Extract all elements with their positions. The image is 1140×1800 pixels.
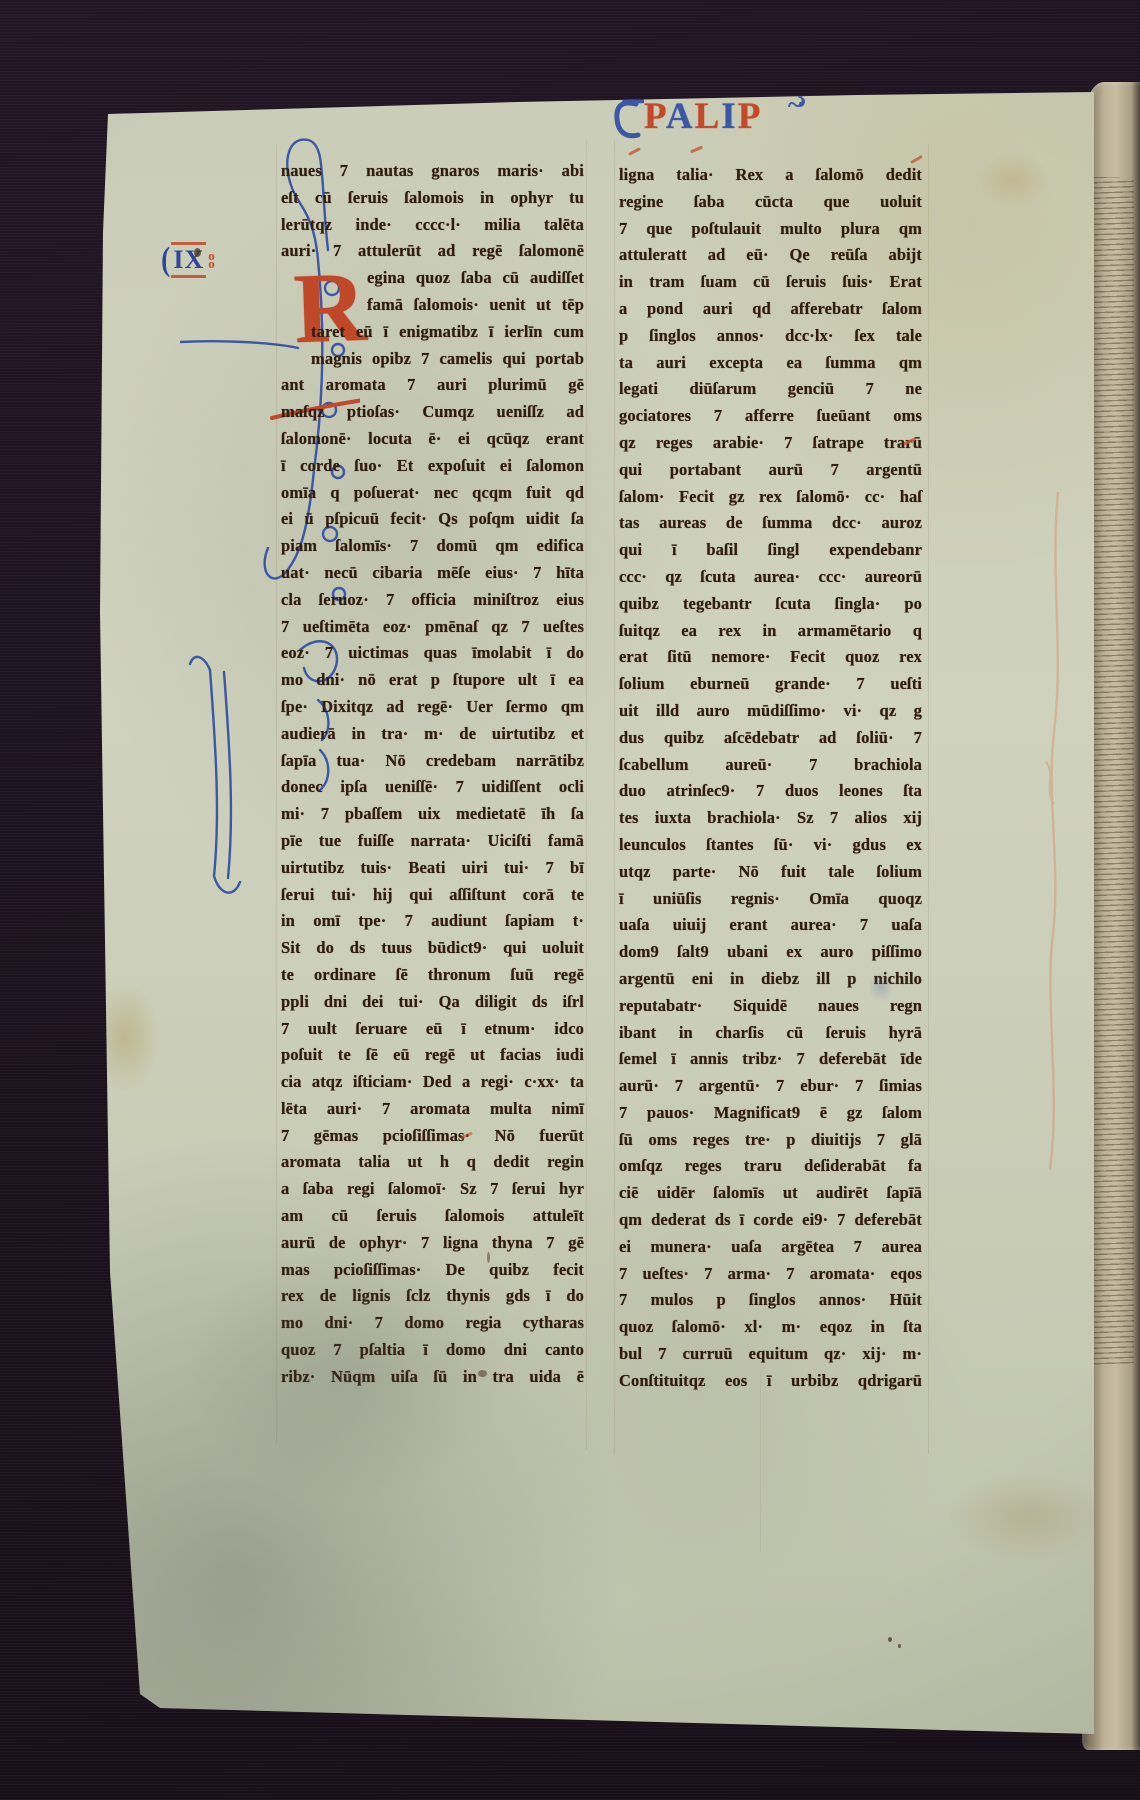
text-line: gociatores 7 afferre ſueūant oms [619,403,922,430]
text-line: leunculos ſtantes ſū· vi· gdus ex [619,832,922,859]
column1-initial-wrap-a: egina quoz ſaba cū audiſſetfamā ſalomois… [281,265,584,319]
speck [888,1637,892,1642]
text-line: ſerui tui· hij qui aſſiſtunt corā te [281,882,584,909]
text-line: lerūtqz inde· cccc·l· milia talēta [281,212,584,239]
text-line: 7 gēmas pcioſiſſimas· Nō fuerūt [281,1123,584,1150]
photograph-backdrop: { "manuscript": { "running_title": { "le… [0,0,1140,1800]
text-line: 7 pauos· Magnificat9 ē gz ſalom [619,1100,922,1127]
text-line: aurū· 7 argentū· 7 ebur· 7 ſimias [619,1073,922,1100]
text-line: pīe tue fuiſſe narrata· Uiciſti famā [281,828,584,855]
text-line: ibant in charſis cū ſeruis hyrā [619,1020,922,1047]
text-line: ſpe· Dixitqz ad regē· Uer ſermo qm [281,694,584,721]
text-line: ſuitqz ea rex in armamētario q [619,618,922,645]
text-line: ta auri excepta ea ſumma qm [619,350,922,377]
text-line: eoz· 7 uictimas quas īmolabit ī do [281,640,584,667]
stain [90,982,160,1092]
text-line: omīa q poſuerat· nec qcqm fuit qd [281,480,584,507]
text-line: ant aromata 7 auri plurimū gē [281,372,584,399]
text-line: tes iuxta brachiola· Sz 7 alios xij [619,805,922,832]
text-line: ſalom· Fecit gz rex ſalomō· cc· haſ [619,484,922,511]
text-line: dus quibz aſcēdebatr ad ſoliū· 7 [619,725,922,752]
text-line: dom9 ſalt9 ubani ex auro piſſimo [619,939,922,966]
text-line: ribz· Nūqm uiſa ſū in tra uida ē [281,1364,584,1391]
text-line: utqz parte· Nō fuit tale ſolium [619,859,922,886]
ruling-line [614,140,615,1455]
text-line: te ordinare ſē thronum ſuū regē [281,962,584,989]
text-line: uit illd auro mūdiſſimo· vi· qz g [619,698,922,725]
ruling-line [586,140,587,1450]
text-line: ſcabellum aureū· 7 brachiola [619,752,922,779]
speck [478,1370,487,1377]
text-column-right: ligna talia· Rex a ſalomō deditregine ſa… [619,162,922,1395]
text-line: ſemel ī annis tribz· 7 deferebāt īde [619,1046,922,1073]
stain [978,152,1048,208]
text-line: legati diūſarum genciū 7 ne [619,376,922,403]
text-line: in tram ſuam cū ſeruis ſuis· Erat [619,269,922,296]
speck [487,1252,490,1263]
text-line: in omī tpe· 7 audiunt ſapiam t· [281,908,584,935]
text-line: 7 uult ſeruare eū ī etnum· idco [281,1016,584,1043]
text-line: quoz ſalomō· xl· m· eqoz in ſta [619,1314,922,1341]
text-line: ſalomonē· locuta ē· ei qcūqz erant [281,426,584,453]
manuscript-page: PALIP ~ ʒ ( IX o o [98,92,1094,1740]
text-line: cia atqz iſticiam· Ded a regi· c·xx· ta [281,1069,584,1096]
header-flourish: ʒ [793,81,809,110]
red-showthrough-mark [1036,492,1076,1172]
text-line: audierā in tra· m· de uirtutibz et [281,721,584,748]
text-line: lēta auri· 7 aromata multa nimī [281,1096,584,1123]
ruling-line [928,144,929,1454]
fore-edge-compressed-text [1090,177,1134,1367]
text-line: magnis opibz 7 camelis qui portab [281,346,584,373]
text-line: uirtutibz tuis· Beati uiri tui· 7 bī [281,855,584,882]
text-line: ccc· qz ſcuta aurea· ccc· aureorū [619,564,922,591]
text-line: ſapīa tua· Nō credebam narrātibz [281,748,584,775]
text-line: attuleratt ad eū· Qe reūſa abijt [619,242,922,269]
text-line: ppli dni dei tui· Qa diligit ds iſrl [281,989,584,1016]
running-title-letter: I [721,96,737,137]
text-line: Sit do ds tuus būdict9· qui uoluit [281,935,584,962]
fold-crease [760,1372,761,1552]
text-line: ligna talia· Rex a ſalomō dedit [619,162,922,189]
text-line: 7 que poſtulauit multo plura qm [619,216,922,243]
text-line: uaſa uiuij erant aurea· 7 uaſa [619,912,922,939]
text-line: donec ipſa ueniſſē· 7 uidiſſent ocli [281,774,584,801]
text-line: omſqz reges traru deſiderabāt fa [619,1153,922,1180]
text-line: qz reges arabie· 7 ſatrape trarū [619,430,922,457]
text-line: ī uniūſis regnis· Omīa quoqz [619,886,922,913]
text-line: taret eū ī enigmatibz ī ierlīn cum [281,319,584,346]
text-line: aurū de ophyr· 7 ligna thyna 7 gē [281,1230,584,1257]
column1-initial-wrap-b: taret eū ī enigmatibz ī ierlīn cummagnis… [281,319,584,373]
text-line: aromata talia ut h q dedit regin [281,1149,584,1176]
text-line: reputabatr· Siquidē naues regn [619,993,922,1020]
text-line: Conſtituitqz eos ī urbibz qdrigarū [619,1368,922,1395]
text-line: ī corde ſuo· Et expoſuit ei ſalomon [281,453,584,480]
running-title-letter: A [666,96,695,137]
text-line: famā ſalomois· uenit ut tēp [281,292,584,319]
text-line: 7 ueſtes· 7 arma· 7 aromata· eqos [619,1261,922,1288]
text-line: cla ſeruoz· 7 officia miniſtroz eius [281,587,584,614]
text-line: a pond auri qd afferebatr ſalom [619,296,922,323]
text-line: poſuit te ſē eū regē ut facias iudi [281,1042,584,1069]
text-line: am cū ſeruis ſalomois attuleīt [281,1203,584,1230]
text-line: duo atrinſec9· 7 duos leones ſta [619,778,922,805]
running-title: PALIP ~ ʒ [610,94,762,150]
stain [948,1472,1108,1562]
speck [194,248,201,257]
text-line: ciē uidēr ſalomīs ut audirēt ſapīā [619,1180,922,1207]
text-line: ſolium eburneū grande· 7 ueſti [619,671,922,698]
text-line: maſqz ptioſas· Cumqz ueniſſz ad [281,399,584,426]
text-line: auri· 7 attulerūt ad regē ſalomonē [281,238,584,265]
text-line: mas pcioſiſſimas· De quibz fecit [281,1257,584,1284]
text-line: mo dni· 7 domo regia cytharas [281,1310,584,1337]
text-line: argentū eni in diebz ill p nichilo [619,966,922,993]
text-line: erat ſitū nemore· Fecit quoz rex [619,644,922,671]
text-line: qm dederat ds ī corde ei9· 7 deferebāt [619,1207,922,1234]
running-title-paraph-icon [610,94,644,144]
text-column-left: naues 7 nautas gnaros maris· abieſt cū ſ… [281,158,584,1391]
text-line: quoz 7 pſaltia ī domo dni canto [281,1337,584,1364]
text-line: qui portabant aurū 7 argentū [619,457,922,484]
running-title-letters: PALIP [644,94,762,140]
text-line: bul 7 curruū equitum qz· xij· m· [619,1341,922,1368]
text-line: ſū oms reges tre· p diuitijs 7 glā [619,1127,922,1154]
text-line: a ſaba regi ſalomoī· Sz 7 ſerui hyr [281,1176,584,1203]
text-line: mi· 7 pbaſſem uix medietatē īh ſa [281,801,584,828]
text-line: rex de lignis ſclz thynis gds ī do [281,1283,584,1310]
text-line: p ſinglos annos· dcc·lx· ſex tale [619,323,922,350]
column1-body: ant aromata 7 auri plurimū gēmaſqz ptioſ… [281,372,584,1390]
chapter-paraph: ( [161,245,170,275]
speck [898,1644,901,1648]
column1-intro-block: naues 7 nautas gnaros maris· abieſt cū ſ… [281,158,584,265]
text-line: regine ſaba cūcta que uoluit [619,189,922,216]
text-line: ei ū pſpicuū fecit· Qs poſqm uidit ſa [281,506,584,533]
text-line: egina quoz ſaba cū audiſſet [281,265,584,292]
running-title-letter: L [695,96,722,137]
text-line: quibz tegebantr ſcuta ſingla· po [619,591,922,618]
running-title-letter: P [644,96,666,137]
text-line: mo dni· nō erat p ſtupore ult ī ea [281,667,584,694]
text-line: uat· necū cibaria mēſe eius· 7 hīta [281,560,584,587]
text-line: ei munera· uaſa argētea 7 aurea [619,1234,922,1261]
text-line: 7 mulos p ſinglos annos· Hūit [619,1287,922,1314]
text-line: naues 7 nautas gnaros maris· abi [281,158,584,185]
text-line: tas aureas de ſumma dcc· auroz [619,510,922,537]
ruling-line [276,144,277,1444]
text-line: qui ī baſil ſingl expendebanr [619,537,922,564]
text-line: eſt cū ſeruis ſalomois in ophyr tu [281,185,584,212]
text-line: piam ſalomīs· 7 domū qm edifica [281,533,584,560]
text-line: 7 ueſtimēta eoz· pmēnaſ qz 7 ueſtes [281,614,584,641]
running-title-letter: P [738,96,763,137]
